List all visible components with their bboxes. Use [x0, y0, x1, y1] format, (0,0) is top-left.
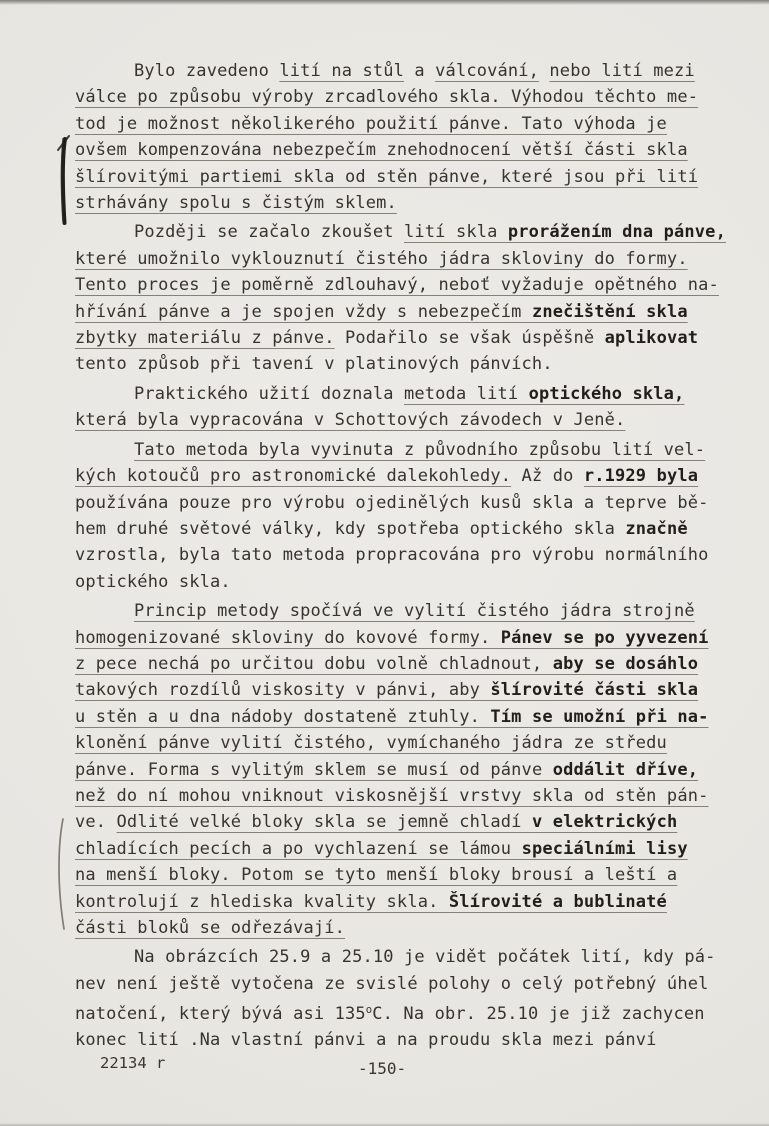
- text-segment: hřívání pánve a je spojen vždy s nebezpe…: [75, 302, 532, 322]
- text-segment: než do ní mohou vniknout viskosnější vrs…: [75, 786, 708, 806]
- text-segment: optického skla,: [529, 384, 685, 404]
- text-line: šlírovitými partiemi skla od stěn pánve,…: [75, 164, 735, 190]
- text-segment: lití skla: [404, 222, 508, 242]
- text-line: hřívání pánve a je spojen vždy s nebezpe…: [75, 299, 735, 325]
- text-segment: šlírovitými partiemi skla od stěn pánve,…: [75, 167, 698, 187]
- text-segment: Později se začalo zkoušet: [134, 222, 404, 242]
- text-segment: pánve.: [75, 760, 148, 780]
- text-line: ve. Odlité velké bloky skla se jemně chl…: [75, 809, 735, 835]
- paragraph: Později se začalo zkoušet lití skla pror…: [75, 219, 735, 377]
- text-segment: ve.: [75, 812, 117, 832]
- text-line: válce po způsobu výroby zrcadlového skla…: [75, 84, 735, 110]
- text-segment: Forma s vylitým sklem se musí od pánve: [148, 760, 553, 780]
- text-segment: Na obrázcích 25.9 a 25.10 je vidět počát…: [134, 947, 716, 967]
- text-line: kých kotoučů pro astronomické dalekohled…: [75, 463, 735, 489]
- text-segment: Až do: [511, 466, 584, 486]
- text-line: u stěn a u dna nádoby dostateně ztuhly. …: [75, 704, 735, 730]
- text-line: které umožnilo vyklouznutí čistého jádra…: [75, 246, 735, 272]
- text-segment: zbytky materiálu z pánve.: [75, 328, 335, 348]
- text-segment: Praktického užití doznala: [134, 384, 404, 404]
- text-segment: prorážením dna pánve,: [508, 222, 726, 242]
- text-segment: optického skla.: [75, 572, 231, 592]
- text-line: používána pouze pro výrobu ojedinělých k…: [75, 490, 735, 516]
- text-segment: [539, 61, 549, 81]
- ink-vertical-stroke-icon: [56, 133, 74, 229]
- text-segment: u stěn a u dna nádoby dostateně ztuhly.: [75, 707, 490, 727]
- text-segment: hem druhé světové války, kdy spotřeba op…: [75, 519, 625, 539]
- text-segment: aplikovat: [605, 328, 698, 348]
- text-segment: konec lití .Na vlastní pánvi a na proudu…: [75, 1030, 657, 1050]
- text-segment: vzrostla, byla tato metoda propracována …: [75, 545, 708, 565]
- text-line: na menší bloky. Potom se tyto menší blok…: [75, 862, 735, 888]
- text-segment: které umožnilo vyklouznutí čistého jádra…: [75, 249, 688, 269]
- text-line: natočení, který bývá asi 135oC. Na obr. …: [75, 997, 735, 1027]
- document-page: Bylo zavedeno lití na stůl a válcování, …: [0, 0, 769, 1126]
- text-segment: Tento proces je poměrně zdlouhavý, neboť…: [75, 275, 719, 295]
- text-line: Bylo zavedeno lití na stůl a válcování, …: [75, 58, 735, 84]
- text-line: strhávány spolu s čistým sklem.: [75, 190, 735, 216]
- text-line: Tato metoda byla vyvinuta z původního zp…: [75, 437, 735, 463]
- text-body: Bylo zavedeno lití na stůl a válcování, …: [75, 58, 735, 1057]
- paragraph: Bylo zavedeno lití na stůl a válcování, …: [75, 58, 735, 216]
- text-segment: speciálními lisy: [522, 839, 688, 859]
- text-segment: r.1929 byla: [584, 466, 698, 486]
- paragraph: Tato metoda byla vyvinuta z původního zp…: [75, 437, 735, 595]
- text-segment: Bylo zavedeno: [134, 61, 279, 81]
- paragraph: Na obrázcích 25.9 a 25.10 je vidět počát…: [75, 944, 735, 1053]
- text-line: zbytky materiálu z pánve. Podařilo se vš…: [75, 325, 735, 351]
- text-segment: strhávány spolu s čistým sklem.: [75, 193, 397, 213]
- text-line: vzrostla, byla tato metoda propracována …: [75, 542, 735, 568]
- text-segment: kých kotoučů pro astronomické dalekohled…: [75, 466, 511, 486]
- text-segment: Tím se umožní při na-: [490, 707, 708, 727]
- text-segment: z pece nechá po určitou dobu volně chlad…: [75, 654, 553, 674]
- text-segment: v elektrických: [532, 812, 677, 832]
- text-segment: Tato metoda byla vyvinuta z původního zp…: [134, 440, 705, 460]
- page-number: -150-: [358, 1059, 406, 1078]
- text-segment: Šlírovité a bublinaté: [449, 892, 667, 912]
- text-line: konec lití .Na vlastní pánvi a na proudu…: [75, 1027, 735, 1053]
- text-line: Později se začalo zkoušet lití skla pror…: [75, 219, 735, 245]
- text-segment: Pánev se po yyvezení: [501, 628, 709, 648]
- text-segment: ovšem kompenzována nebezpečím znehodnoce…: [75, 140, 688, 160]
- text-segment: části bloků se odřezávají.: [75, 918, 345, 938]
- text-segment: Podařilo se však úspěšně: [335, 328, 605, 348]
- text-line: nev není ještě vytočena ze svislé polohy…: [75, 971, 735, 997]
- text-segment: tento způsob při tavení v platinových pá…: [75, 354, 553, 374]
- text-line: Praktického užití doznala metoda lití op…: [75, 381, 735, 407]
- scan-top-edge: [0, 0, 769, 5]
- text-segment: Odlité velké bloky skla se jemně chladí: [117, 812, 532, 832]
- text-segment: šlírovité části skla: [490, 680, 698, 700]
- text-segment: natočení, který bývá asi 135: [75, 1004, 366, 1024]
- text-line: optického skla.: [75, 569, 735, 595]
- text-line: kontrolují z hlediska kvality skla. Šlír…: [75, 889, 735, 915]
- text-segment: válce po způsobu výroby zrcadlového skla…: [75, 87, 698, 107]
- text-segment: metoda lití: [404, 384, 529, 404]
- text-segment: C. Na obr. 25.10 je již zachycen: [372, 1004, 704, 1024]
- text-segment: klonění pánve vylití čistého, vymíchanéh…: [75, 733, 667, 753]
- text-segment: která byla vypracována v Schottových záv…: [75, 410, 625, 430]
- paragraph: Princip metody spočívá ve vylití čistého…: [75, 598, 735, 941]
- text-segment: lití na stůl: [279, 61, 404, 81]
- text-segment: chladících pecích a po vychlazení se lám…: [75, 839, 522, 859]
- text-line: homogenizované skloviny do kovové formy.…: [75, 625, 735, 651]
- text-segment: válcování,: [435, 61, 539, 81]
- text-line: Na obrázcích 25.9 a 25.10 je vidět počát…: [75, 944, 735, 970]
- text-segment: značně: [625, 519, 687, 539]
- text-segment: Princip metody spočívá ve vylití čistého…: [134, 601, 695, 621]
- text-segment: na menší bloky. Potom se tyto menší blok…: [75, 865, 677, 885]
- text-line: části bloků se odřezávají.: [75, 915, 735, 941]
- pencil-vertical-stroke-icon: [54, 817, 68, 931]
- document-number: 22134 r: [100, 1054, 165, 1072]
- text-segment: kontrolují z hlediska kvality skla.: [75, 892, 449, 912]
- text-line: tento způsob při tavení v platinových pá…: [75, 351, 735, 377]
- text-segment: používána pouze pro výrobu ojedinělých k…: [75, 493, 708, 513]
- text-line: ovšem kompenzována nebezpečím znehodnoce…: [75, 137, 735, 163]
- text-line: chladících pecích a po vychlazení se lám…: [75, 836, 735, 862]
- text-line: z pece nechá po určitou dobu volně chlad…: [75, 651, 735, 677]
- text-segment: nebo lití mezi: [549, 61, 694, 81]
- text-line: která byla vypracována v Schottových záv…: [75, 407, 735, 433]
- text-line: Tento proces je poměrně zdlouhavý, neboť…: [75, 272, 735, 298]
- text-line: klonění pánve vylití čistého, vymíchanéh…: [75, 730, 735, 756]
- text-segment: oddálit dříve,: [553, 760, 698, 780]
- text-segment: tod je možnost několikerého použití pánv…: [75, 114, 667, 134]
- text-segment: takových rozdílů viskosity v pánvi, aby: [75, 680, 490, 700]
- text-segment: nev není ještě vytočena ze svislé polohy…: [75, 974, 708, 994]
- text-line: tod je možnost několikerého použití pánv…: [75, 111, 735, 137]
- text-segment: aby se dosáhlo: [553, 654, 698, 674]
- text-segment: a: [404, 61, 435, 81]
- text-line: takových rozdílů viskosity v pánvi, aby …: [75, 677, 735, 703]
- text-line: Princip metody spočívá ve vylití čistého…: [75, 598, 735, 624]
- text-line: pánve. Forma s vylitým sklem se musí od …: [75, 757, 735, 783]
- text-line: než do ní mohou vniknout viskosnější vrs…: [75, 783, 735, 809]
- text-segment: znečištění skla: [532, 302, 688, 322]
- paragraph: Praktického užití doznala metoda lití op…: [75, 381, 735, 434]
- text-segment: homogenizované skloviny do kovové formy.: [75, 628, 501, 648]
- text-line: hem druhé světové války, kdy spotřeba op…: [75, 516, 735, 542]
